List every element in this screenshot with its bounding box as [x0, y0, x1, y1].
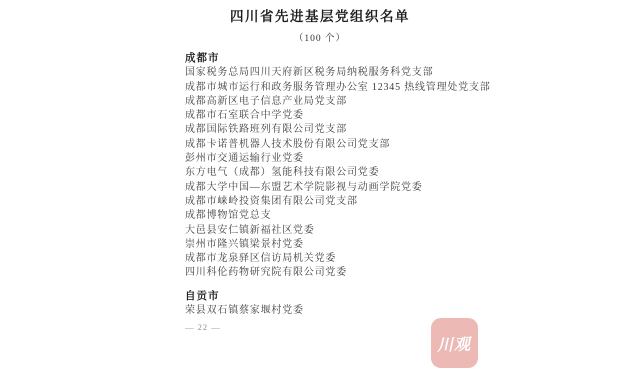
page-title: 四川省先进基层党组织名单 [0, 5, 640, 25]
list-item: 成都市崃岭投资集团有限公司党支部 [185, 195, 485, 209]
list-item: 成都市龙泉驿区信访局机关党委 [185, 252, 485, 266]
chuanguan-logo-text: 川观 [437, 331, 472, 355]
list-item: 成都高新区电子信息产业局党支部 [185, 95, 485, 109]
list-item: 东方电气（成都）氢能科技有限公司党委 [185, 166, 485, 180]
list-item: 大邑县安仁镇新福社区党委 [185, 224, 485, 238]
list-item: 彭州市交通运输行业党委 [185, 152, 485, 166]
page-subtitle: （100 个） [0, 30, 640, 44]
section-heading: 自贡市 [185, 290, 485, 304]
list-item: 成都市城市运行和政务服务管理办公室 12345 热线管理处党支部 [185, 81, 485, 95]
list-item: 成都国际铁路班列有限公司党支部 [185, 123, 485, 137]
list-item: 崇州市隆兴镇梁景村党委 [185, 238, 485, 252]
list-item: 成都博物馆党总支 [185, 209, 485, 223]
list-item: 四川科伦药物研究院有限公司党委 [185, 266, 485, 280]
document-page: 四川省先进基层党组织名单 （100 个） 成都市国家税务总局四川天府新区税务局纳… [0, 0, 640, 370]
org-list: 成都市国家税务总局四川天府新区税务局纳税服务科党支部成都市城市运行和政务服务管理… [185, 52, 485, 318]
list-item: 成都市石室联合中学党委 [185, 109, 485, 123]
page-number: — 22 — [185, 322, 221, 332]
chuanguan-logo: 川观 [431, 318, 478, 368]
list-item: 荣县双石镇蔡家堰村党委 [185, 304, 485, 318]
list-item: 成都卡诺普机器人技术股份有限公司党支部 [185, 138, 485, 152]
list-item: 成都大学中国—东盟艺术学院影视与动画学院党委 [185, 181, 485, 195]
section-heading: 成都市 [185, 52, 485, 66]
list-item: 国家税务总局四川天府新区税务局纳税服务科党支部 [185, 66, 485, 80]
